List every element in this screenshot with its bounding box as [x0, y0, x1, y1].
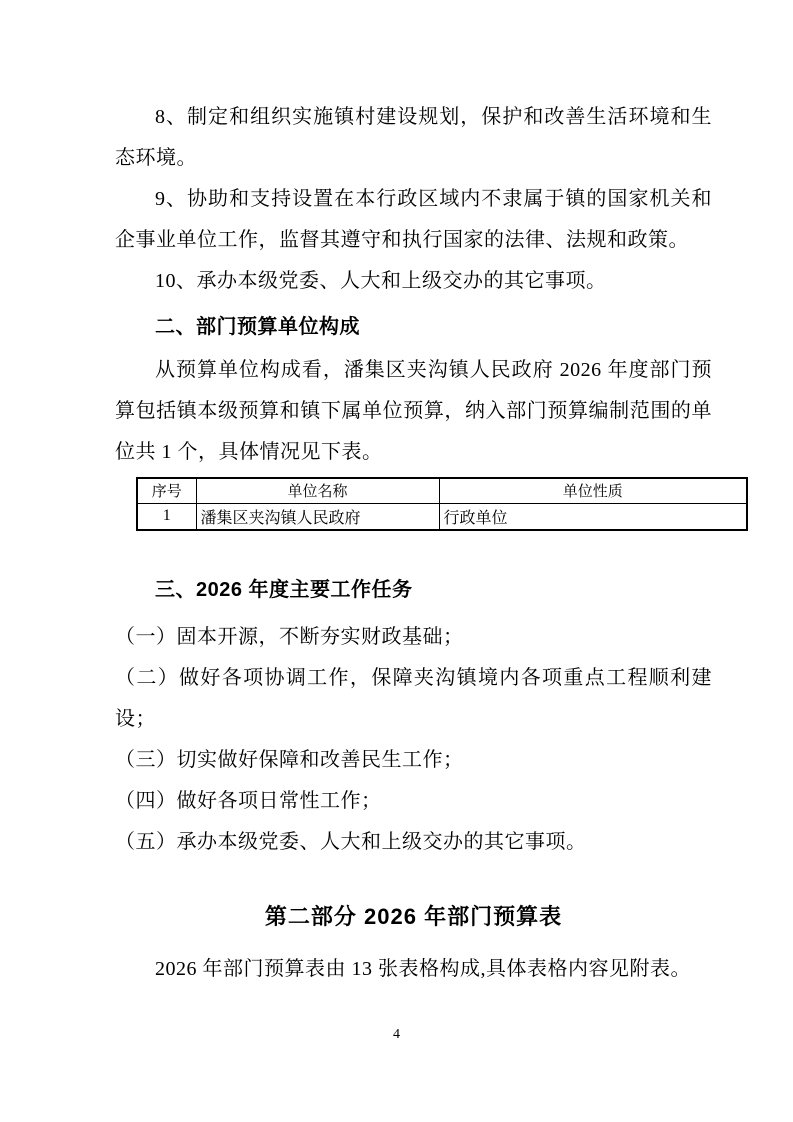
- section-heading-budget-units: 二、部门预算单位构成: [115, 308, 712, 346]
- cell-unit-type: 行政单位: [439, 503, 747, 530]
- paragraph-duty-8: 8、制定和组织实施镇村建设规划，保护和改善生活环境和生态环境。: [115, 97, 712, 179]
- part2-title: 第二部分 2026 年部门预算表: [115, 895, 712, 939]
- task-list: （一）固本开源，不断夯实财政基础； （二）做好各项协调工作，保障夹沟镇境内各项重…: [115, 617, 712, 863]
- task-item-1: （一）固本开源，不断夯实财政基础；: [115, 617, 712, 658]
- task-item-4: （四）做好各项日常性工作；: [115, 781, 712, 822]
- document-body: 8、制定和组织实施镇村建设规划，保护和改善生活环境和生态环境。 9、协助和支持设…: [115, 97, 712, 990]
- section-heading-work-tasks: 三、2026 年度主要工作任务: [115, 571, 712, 609]
- col-header-unit-type: 单位性质: [439, 478, 747, 503]
- task-item-5: （五）承办本级党委、人大和上级交办的其它事项。: [115, 822, 712, 863]
- page-number: 4: [0, 1026, 793, 1044]
- task-item-2: （二）做好各项协调工作，保障夹沟镇境内各项重点工程顺利建设；: [115, 658, 712, 740]
- unit-table: 序号 单位名称 单位性质 1 潘集区夹沟镇人民政府 行政单位: [136, 477, 748, 531]
- paragraph-duty-10: 10、承办本级党委、人大和上级交办的其它事项。: [115, 261, 712, 302]
- document-page: 8、制定和组织实施镇村建设规划，保护和改善生活环境和生态环境。 9、协助和支持设…: [0, 0, 793, 1122]
- cell-unit-name: 潘集区夹沟镇人民政府: [196, 503, 439, 530]
- task-item-3: （三）切实做好保障和改善民生工作；: [115, 740, 712, 781]
- cell-serial: 1: [137, 503, 196, 530]
- table-row: 1 潘集区夹沟镇人民政府 行政单位: [137, 503, 747, 530]
- paragraph-budget-unit-intro: 从预算单位构成看，潘集区夹沟镇人民政府 2026 年度部门预算包括镇本级预算和镇…: [115, 350, 712, 473]
- paragraph-duty-9: 9、协助和支持设置在本行政区域内不隶属于镇的国家机关和企事业单位工作，监督其遵守…: [115, 179, 712, 261]
- unit-table-header-row: 序号 单位名称 单位性质: [137, 478, 747, 503]
- col-header-serial: 序号: [137, 478, 196, 503]
- paragraph-part2-intro: 2026 年部门预算表由 13 张表格构成,具体表格内容见附表。: [115, 949, 712, 990]
- col-header-unit-name: 单位名称: [196, 478, 439, 503]
